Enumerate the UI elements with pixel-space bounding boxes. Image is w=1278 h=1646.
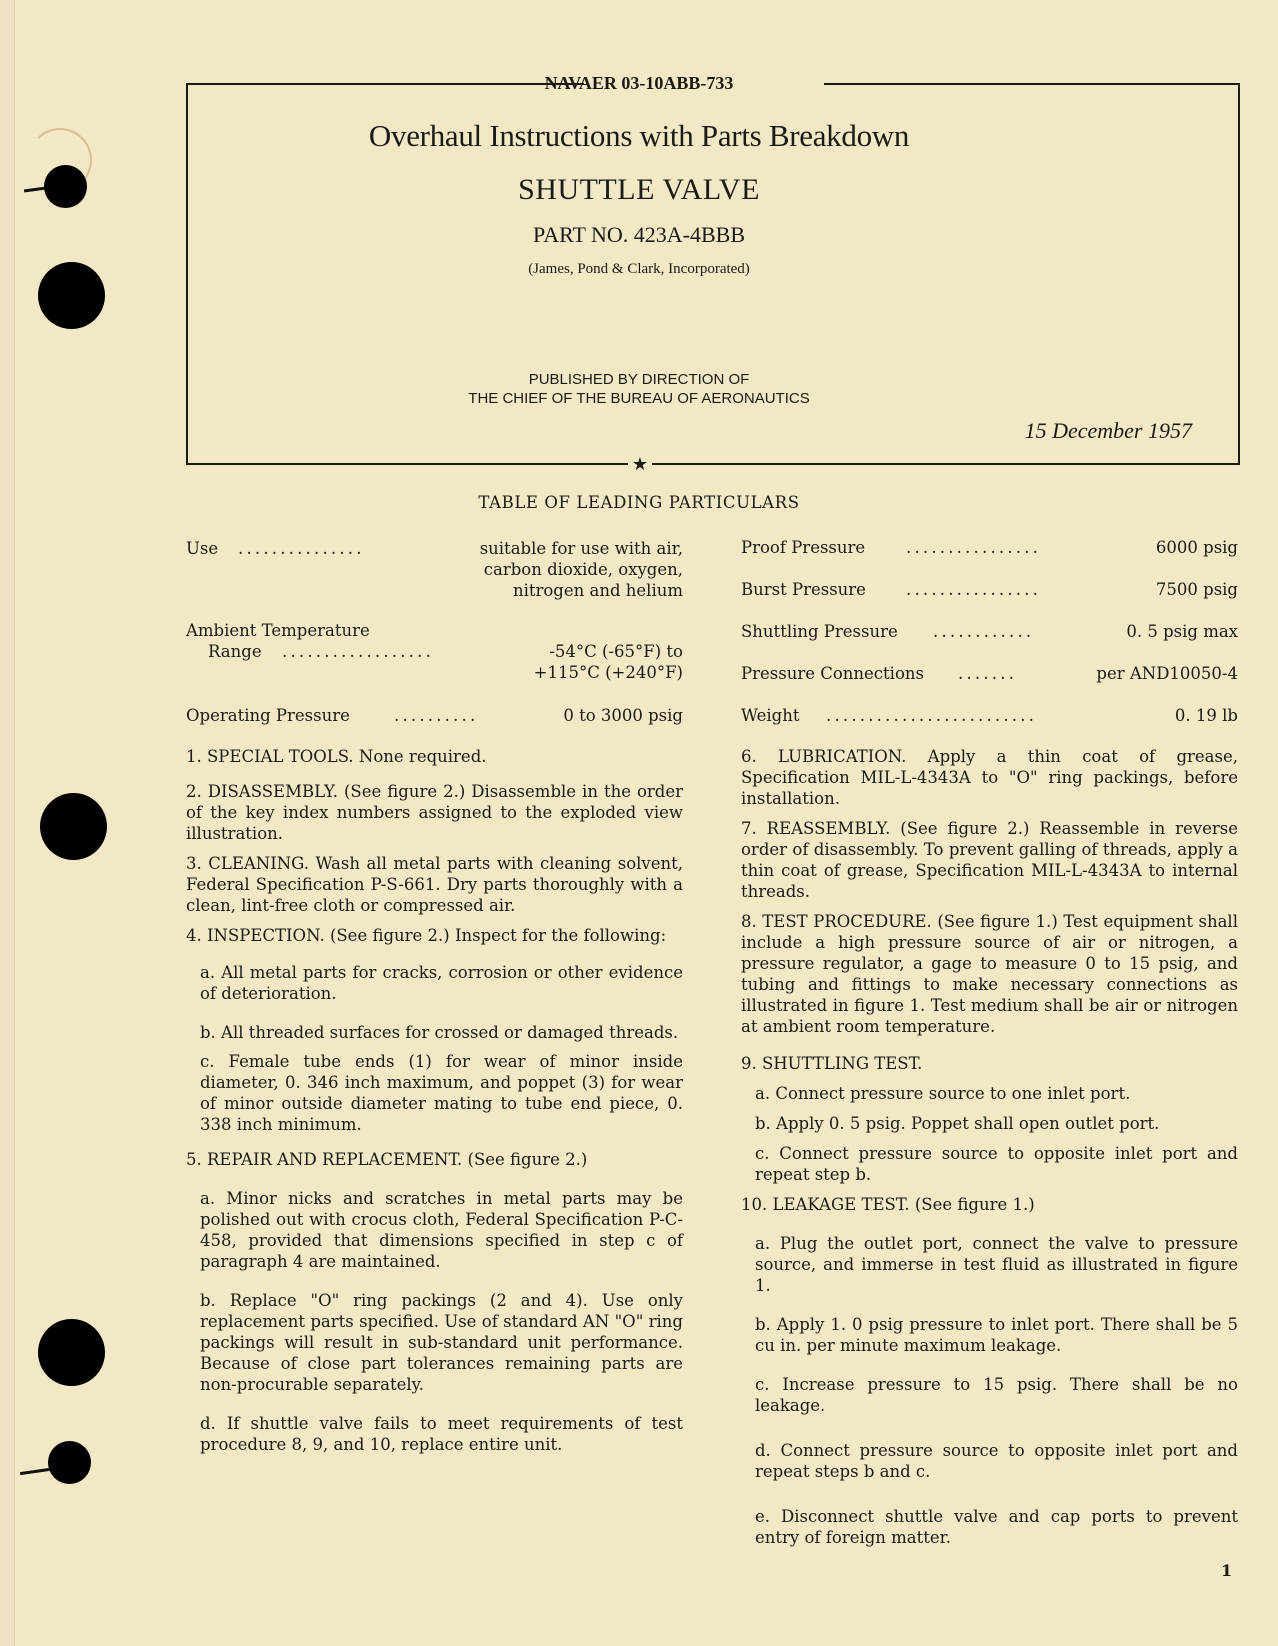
paragraph: 10. LEAKAGE TEST. (See figure 1.) [741, 1194, 1238, 1215]
paragraph: b. Apply 0. 5 psig. Poppet shall open ou… [741, 1113, 1238, 1134]
spec-value: carbon dioxide, oxygen, [484, 559, 683, 580]
paragraph: c. Connect pressure source to opposite i… [741, 1143, 1238, 1185]
part-number: PART NO. 423A-4BBB [0, 222, 1278, 248]
paragraph: c. Increase pressure to 15 psig. There s… [741, 1374, 1238, 1416]
leader-dots: .................. [282, 641, 434, 662]
spec-label: Operating Pressure [186, 705, 350, 726]
spec-ambient-temperature: Ambient Temperature Range ..............… [186, 620, 683, 686]
paragraph: 5. REPAIR AND REPLACEMENT. (See figure 2… [186, 1149, 683, 1170]
spec-use: Use ............... suitable for use wit… [186, 538, 683, 604]
paragraph: 3. CLEANING. Wash all metal parts with c… [186, 853, 683, 916]
document-code: NAVAER 03-10ABB-733 [0, 73, 1278, 94]
binder-hole [48, 1441, 91, 1484]
left-column: 1. SPECIAL TOOLS. None required.2. DISAS… [186, 746, 683, 1455]
paragraph: d. If shuttle valve fails to meet requir… [186, 1413, 683, 1455]
manufacturer: (James, Pond & Clark, Incorporated) [0, 261, 1278, 278]
spec-label: Ambient Temperature [186, 620, 370, 641]
paragraph: a. Minor nicks and scratches in metal pa… [186, 1188, 683, 1272]
paragraph: a. All metal parts for cracks, corrosion… [186, 962, 683, 1004]
publisher-statement: PUBLISHED BY DIRECTION OF THE CHIEF OF T… [0, 370, 1278, 408]
publication-date: 15 December 1957 [1025, 418, 1192, 444]
spec-pressure-connections: Pressure Connections ....... per AND1005… [741, 663, 1238, 685]
paper-tear [20, 1468, 50, 1475]
paragraph: b. Apply 1. 0 psig pressure to inlet por… [741, 1314, 1238, 1356]
paragraph: 9. SHUTTLING TEST. [741, 1053, 1238, 1074]
paragraph: 8. TEST PROCEDURE. (See figure 1.) Test … [741, 911, 1238, 1037]
paragraph: e. Disconnect shuttle valve and cap port… [741, 1506, 1238, 1548]
paragraph: d. Connect pressure source to opposite i… [741, 1440, 1238, 1482]
spec-weight: Weight ......................... 0. 19 l… [741, 705, 1238, 727]
spec-value: +115°C (+240°F) [534, 662, 683, 683]
leader-dots: ............... [238, 538, 365, 559]
document-title: Overhaul Instructions with Parts Breakdo… [0, 118, 1278, 154]
paragraph: 7. REASSEMBLY. (See figure 2.) Reassembl… [741, 818, 1238, 902]
paragraph: b. Replace "O" ring packings (2 and 4). … [186, 1290, 683, 1395]
spec-shuttling-pressure: Shuttling Pressure ............ 0. 5 psi… [741, 621, 1238, 643]
spec-value: 0 to 3000 psig [563, 705, 683, 726]
document-subtitle: SHUTTLE VALVE [0, 173, 1278, 207]
page-number: 1 [1221, 1561, 1232, 1580]
right-column: 6. LUBRICATION. Apply a thin coat of gre… [741, 746, 1238, 1548]
spec-value: suitable for use with air, [480, 538, 683, 559]
spec-label: Use [186, 538, 218, 559]
paragraph: 6. LUBRICATION. Apply a thin coat of gre… [741, 746, 1238, 809]
paragraph: a. Plug the outlet port, connect the val… [741, 1233, 1238, 1296]
binder-hole [38, 1319, 105, 1386]
paragraph: c. Female tube ends (1) for wear of mino… [186, 1051, 683, 1135]
binder-hole [40, 793, 107, 860]
spec-value: nitrogen and helium [513, 580, 683, 601]
leader-dots: .......... [394, 705, 478, 726]
paragraph: b. All threaded surfaces for crossed or … [186, 1022, 683, 1043]
leading-particulars-title: TABLE OF LEADING PARTICULARS [0, 493, 1278, 512]
paragraph: 2. DISASSEMBLY. (See figure 2.) Disassem… [186, 781, 683, 844]
spec-label: Range [208, 641, 262, 662]
star-icon: ★ [628, 455, 652, 475]
spec-operating-pressure: Operating Pressure .......... 0 to 3000 … [186, 705, 683, 727]
paragraph: 1. SPECIAL TOOLS. None required. [186, 746, 683, 767]
spec-value: -54°C (-65°F) to [549, 641, 683, 662]
spec-burst-pressure: Burst Pressure ................ 7500 psi… [741, 579, 1238, 601]
paragraph: a. Connect pressure source to one inlet … [741, 1083, 1238, 1104]
spec-proof-pressure: Proof Pressure ................ 6000 psi… [741, 537, 1238, 559]
paragraph: 4. INSPECTION. (See figure 2.) Inspect f… [186, 925, 683, 946]
